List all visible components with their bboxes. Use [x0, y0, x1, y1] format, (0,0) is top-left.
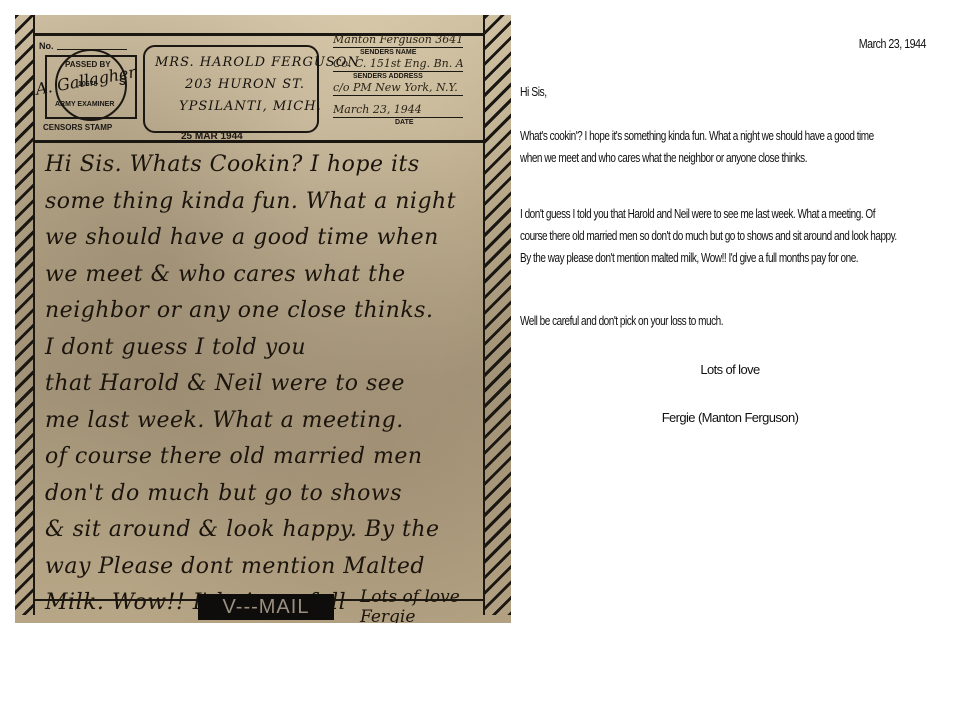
- recipient-street: 203 HURON ST.: [185, 77, 305, 92]
- letter-paragraph-3: Well be careful and don't pick on your l…: [520, 310, 920, 332]
- censor-army-examiner: ARMY EXAMINER: [55, 101, 114, 108]
- hatched-border-right: [483, 15, 511, 615]
- handwritten-signature: Lots of love Fergie: [360, 587, 511, 623]
- paragraph-line: course there old married men so don't do…: [520, 225, 920, 247]
- postmark-date: 25 MAR 1944: [181, 131, 243, 142]
- sender-address-value: Co. C. 151st Eng. Bn. APO: [333, 57, 463, 72]
- paragraph-line: I don't guess I told you that Harold and…: [520, 203, 920, 225]
- paragraph-line: when we meet and who cares what the neig…: [520, 147, 920, 169]
- form-number-label: No.: [39, 41, 54, 51]
- recipient-address-box: MRS. HAROLD FERGUSON 203 HURON ST. YPSIL…: [143, 45, 319, 133]
- letter-paragraph-2: I don't guess I told you that Harold and…: [520, 203, 920, 269]
- recipient-name: MRS. HAROLD FERGUSON: [155, 55, 360, 70]
- form-header-rule: [35, 140, 483, 143]
- senders-name-label: SENDERS NAME: [360, 49, 416, 56]
- vmail-letter-scan: No. PASSED BY 10675 S ARMY EXAMINER A. G…: [15, 15, 511, 623]
- letter-closing: Lots of love: [520, 362, 940, 377]
- paragraph-line: Well be careful and don't pick on your l…: [520, 310, 920, 332]
- date-label: DATE: [395, 119, 414, 126]
- paragraph-line: What's cookin'? I hope it's something ki…: [520, 125, 920, 147]
- letter-paragraph-1: What's cookin'? I hope it's something ki…: [520, 125, 920, 169]
- senders-address-label: SENDERS ADDRESS: [353, 73, 423, 80]
- recipient-city: YPSILANTI, MICH.: [179, 99, 322, 114]
- paragraph-line: By the way please don't mention malted m…: [520, 247, 920, 269]
- vmail-label: V---MAIL: [198, 594, 334, 620]
- sender-address-value-2: c/o PM New York, N.Y.: [333, 81, 463, 96]
- letter-greeting: Hi Sis,: [520, 81, 920, 103]
- sender-name-value: Manton Ferguson 36416579: [333, 33, 463, 48]
- censors-stamp-label: CENSORS STAMP: [43, 123, 112, 132]
- sender-date-value: March 23, 1944: [333, 103, 463, 118]
- hatched-border-left: [15, 15, 35, 615]
- letter-date: March 23, 1944: [859, 36, 926, 51]
- letter-transcription: March 23, 1944 Hi Sis, What's cookin'? I…: [520, 0, 940, 720]
- handwritten-letter-body: Hi Sis. Whats Cookin? I hope its some th…: [45, 147, 475, 623]
- letter-signoff: Fergie (Manton Ferguson): [520, 410, 940, 425]
